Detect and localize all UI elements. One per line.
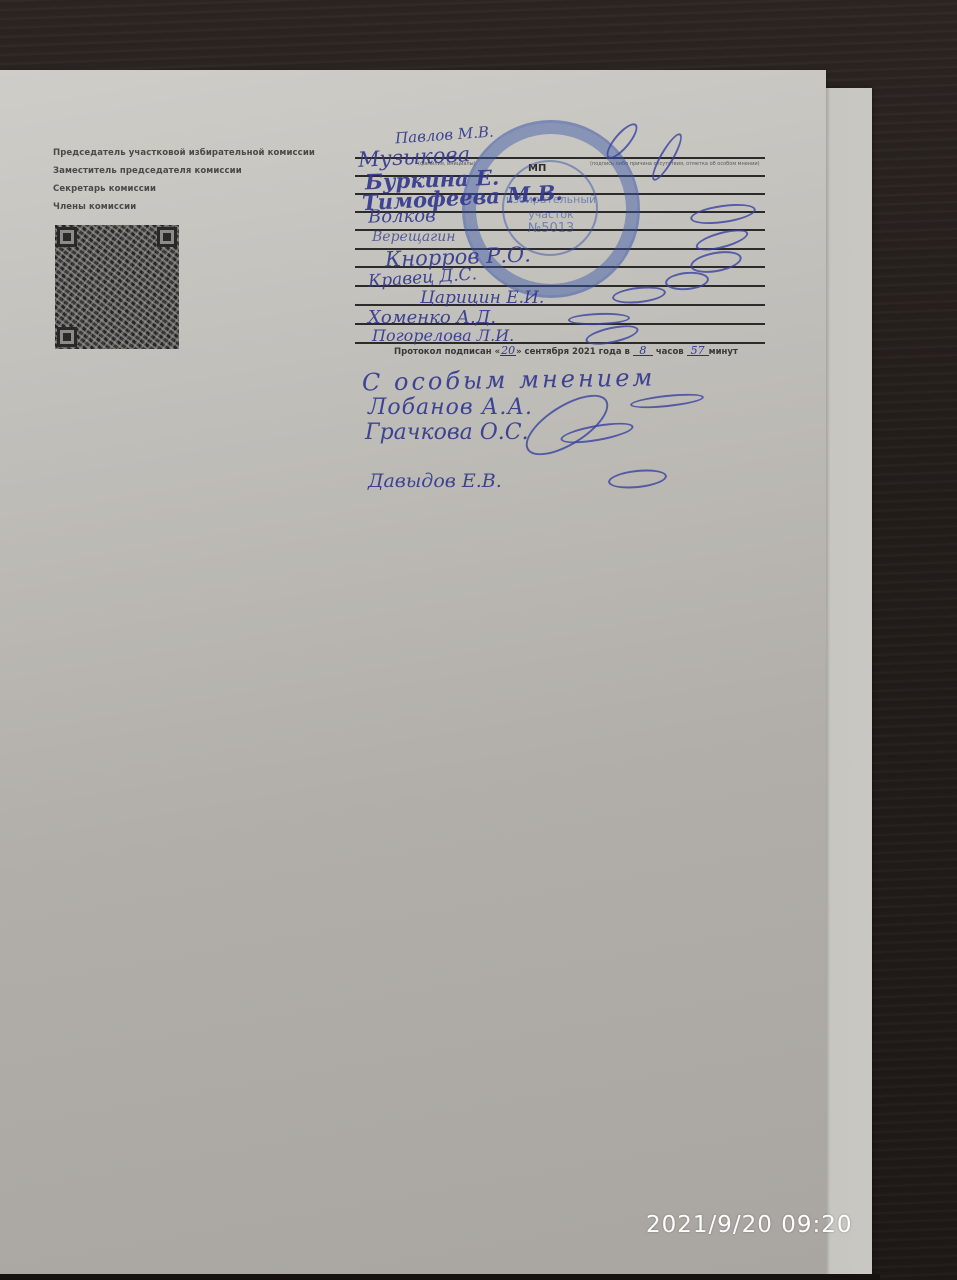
protocol-month-year: » сентября 2021 года в [516, 347, 630, 357]
label-secretary: Секретарь комиссии [53, 184, 156, 194]
signature-line [355, 304, 765, 306]
protocol-minutes: 57 [687, 347, 709, 356]
dissent-name: Давыдов Е.В. [368, 470, 502, 492]
protocol-hours-word: часов [656, 347, 684, 357]
qr-finder-icon [157, 227, 177, 247]
photo-timestamp: 2021/9/20 09:20 [646, 1212, 853, 1238]
protocol-prefix: Протокол подписан « [394, 347, 500, 357]
stamp-text-line2: участок [465, 208, 637, 221]
qr-finder-icon [57, 327, 77, 347]
stamp-text-line3: №5013 [465, 221, 637, 236]
handwritten-name: Хоменко А.Д. [368, 307, 496, 328]
label-deputy-chairman: Заместитель председателя комиссии [53, 166, 242, 176]
label-chairman: Председатель участковой избирательной ко… [53, 148, 315, 158]
protocol-hour: 8 [633, 347, 653, 356]
handwritten-name: Царицин Е.И. [420, 288, 544, 308]
label-members: Члены комиссии [53, 202, 136, 212]
qr-code [55, 225, 179, 349]
dissent-note: С особым мнением [362, 363, 656, 396]
qr-finder-icon [57, 227, 77, 247]
protocol-minutes-word: минут [709, 347, 738, 357]
protocol-day: 20 [500, 347, 516, 356]
dissent-name: Лобанов А.А. [368, 395, 533, 420]
handwritten-name: Волков [368, 205, 436, 227]
dissent-name: Грачкова О.С. [365, 420, 529, 445]
handwritten-name: Погорелова Л.И. [372, 326, 514, 345]
desk-edge [0, 1274, 880, 1280]
protocol-signed-line: Протокол подписан «20» сентября 2021 год… [394, 347, 738, 357]
handwritten-name: Верещагин [372, 229, 456, 245]
